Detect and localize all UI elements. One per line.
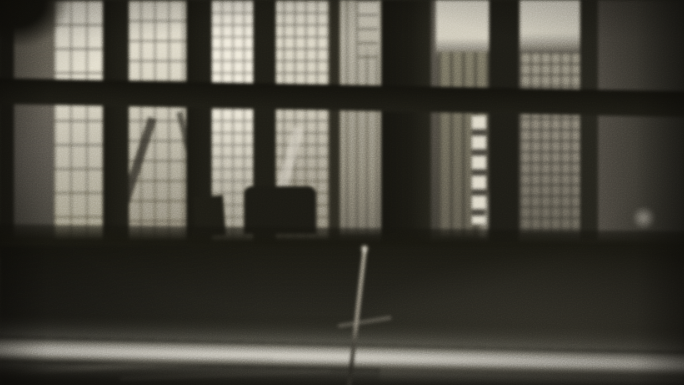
glow-dot-right <box>632 206 656 230</box>
window-bay-left-a <box>54 0 110 244</box>
window-slit-mid <box>472 116 486 224</box>
column-6 <box>580 0 598 240</box>
murk-right <box>596 0 684 240</box>
rod-tip-glint <box>360 244 369 253</box>
window-slit-upper <box>358 0 378 62</box>
column-center-large <box>381 0 431 254</box>
film-still-frame <box>0 0 684 385</box>
column-1 <box>103 0 129 250</box>
scene-layers <box>0 0 684 385</box>
window-bay-right-a-top <box>436 0 494 58</box>
column-4 <box>329 0 340 240</box>
column-5 <box>489 0 519 242</box>
floor-sheen-right <box>350 250 684 350</box>
window-bay-right-b-grid <box>520 52 584 232</box>
scene-blur-wrap <box>0 0 684 385</box>
window-bay-right-b-top <box>520 0 584 54</box>
